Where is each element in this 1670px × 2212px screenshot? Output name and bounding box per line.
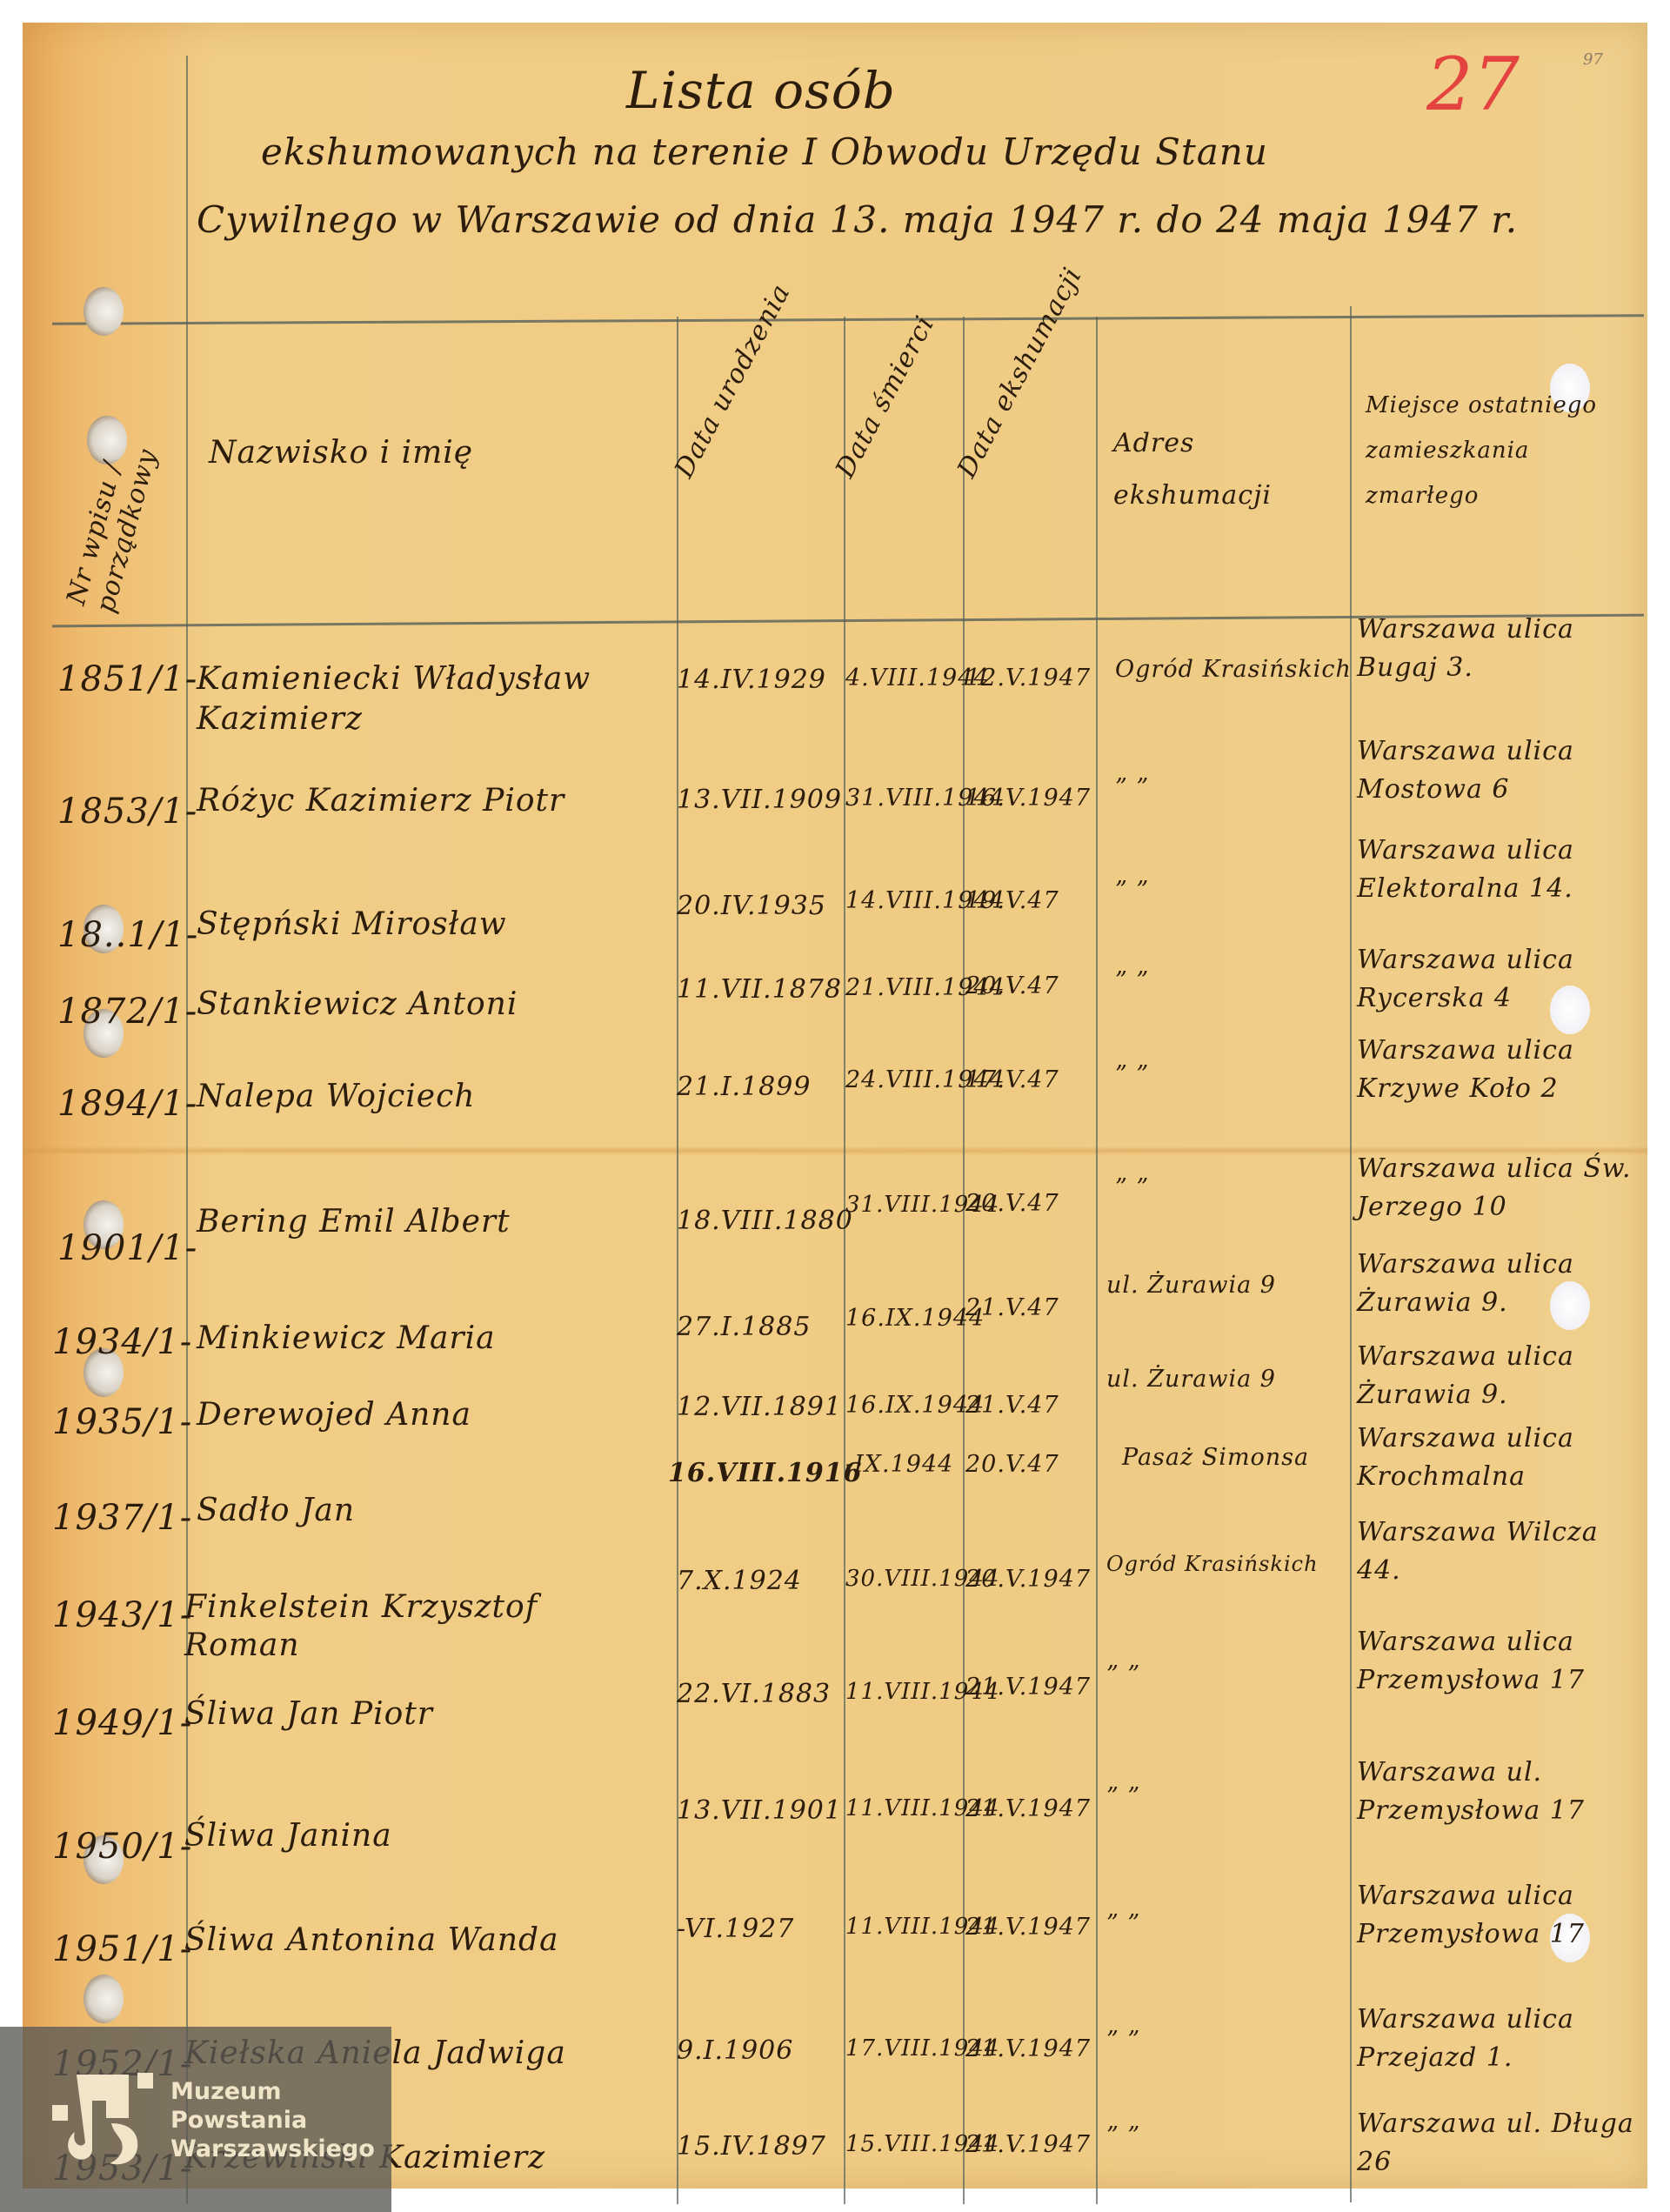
last-residence: Warszawa ulica Żurawia 9. (1357, 1246, 1635, 1322)
page-number-red: 27 (1426, 42, 1520, 127)
record-number: 1872/1- (57, 992, 197, 1032)
last-residence: Warszawa ulica Elektoralna 14. (1357, 832, 1635, 908)
record-number: 1853/1- (57, 792, 197, 832)
exhumation-address: Ogród Krasińskich (1106, 1552, 1319, 1576)
page-number-pencil: 97 (1583, 50, 1603, 69)
museum-watermark: Muzeum Powstania Warszawskiego (0, 2027, 391, 2212)
exhumation-address: ” ” (1106, 2122, 1140, 2149)
kotwica-anchor-icon (52, 2066, 157, 2170)
exhumation-address: ” ” (1106, 1910, 1140, 1937)
person-name: Śliwa Jan Piotr (184, 1696, 433, 1732)
birth-date: 16.VIII.1916 (668, 1458, 863, 1488)
record-number: 1951/1- (52, 1929, 192, 1969)
exhumation-address: ” ” (1106, 1661, 1140, 1688)
header-last-residence: Miejsce ostatniego zamieszkania zmarłego (1366, 383, 1618, 518)
birth-date: 22.VI.1883 (677, 1679, 831, 1709)
last-residence: Warszawa ulica Przemysłowa 17 (1357, 1623, 1635, 1700)
header-name: Nazwisko i imię (209, 435, 473, 471)
record-number: 1901/1- (57, 1228, 197, 1268)
record-number: 1949/1- (52, 1703, 192, 1743)
person-name: Finkelstein Krzysztof Roman (184, 1588, 637, 1665)
person-name: Bering Emil Albert (197, 1200, 649, 1244)
death-date: 16.IX.1944 (845, 1305, 985, 1332)
column-rule-left (186, 56, 188, 2204)
exhumation-date: 21.V.1947 (965, 2035, 1091, 2062)
document-subtitle-line2: Cywilnego w Warszawie od dnia 13. maja 1… (197, 198, 1518, 241)
punch-hole (83, 287, 124, 336)
exhumation-date: 20.V.47 (965, 1190, 1059, 1217)
birth-date: 11.VII.1878 (677, 974, 842, 1005)
birth-date: -VI.1927 (677, 1914, 794, 1944)
exhumation-address: ” ” (1115, 1061, 1149, 1088)
record-number: 1950/1- (52, 1827, 192, 1867)
last-residence: Warszawa ul. Długa 26 (1357, 2105, 1635, 2182)
exhumation-address: ” ” (1115, 774, 1149, 801)
birth-date: 21.I.1899 (677, 1072, 811, 1102)
record-number: 1851/1- (57, 659, 197, 699)
exhumation-date: 19.V.47 (965, 887, 1059, 914)
record-number: 18..1/1- (57, 915, 198, 955)
column-rule-address (1350, 306, 1352, 2202)
document-subtitle-line1: ekshumowanych na terenie I Obwodu Urzędu… (261, 130, 1268, 173)
death-date: 16.IX.1944 (845, 1392, 985, 1419)
museum-name-line2: Powstania (170, 2106, 375, 2135)
exhumation-date: 16.V.1947 (965, 785, 1091, 812)
exhumation-address: ul. Żurawia 9 (1106, 1366, 1276, 1393)
birth-date: 13.VII.1909 (677, 785, 842, 815)
punch-hole (83, 1975, 124, 2023)
person-name: Derewojed Anna (197, 1397, 471, 1433)
record-number: 1943/1- (52, 1595, 192, 1635)
exhumation-date: 20.V.47 (965, 1451, 1059, 1478)
birth-date: 20.IV.1935 (677, 891, 826, 921)
exhumation-date: 21.V.1947 (965, 1914, 1091, 1941)
person-name: Stankiewicz Antoni (197, 986, 518, 1022)
exhumation-date: 21.V.47 (965, 1294, 1059, 1321)
header-exhumation-address: Adres ekshumacji (1113, 418, 1331, 522)
last-residence: Warszawa ulica Krzywe Koło 2 (1357, 1032, 1635, 1108)
person-name: Kamieniecki Władysław Kazimierz (197, 659, 649, 739)
last-residence: Warszawa ulica Św. Jerzego 10 (1357, 1150, 1635, 1226)
last-residence: Warszawa ulica Rycerska 4 (1357, 941, 1635, 1018)
birth-date: 9.I.1906 (677, 2035, 793, 2066)
record-number: 1937/1- (52, 1498, 192, 1538)
exhumation-date: 21.V.1947 (965, 2131, 1091, 2158)
last-residence: Warszawa ulica Krochmalna (1357, 1420, 1635, 1496)
birth-date: 13.VII.1901 (677, 1795, 842, 1826)
last-residence: Warszawa ulica Mostowa 6 (1357, 732, 1635, 809)
exhumation-address: Pasaż Simonsa (1122, 1444, 1309, 1471)
last-residence: Warszawa Wilcza 44. (1357, 1514, 1635, 1590)
last-residence: Warszawa ulica Przemysłowa 17 (1357, 1877, 1635, 1954)
exhumation-date: 20.V.1947 (965, 1566, 1091, 1593)
museum-name: Muzeum Powstania Warszawskiego (170, 2077, 375, 2163)
exhumation-date: 17.V.47 (965, 1066, 1059, 1093)
museum-name-line1: Muzeum (170, 2077, 375, 2106)
exhumation-address: Ogród Krasińskich (1115, 656, 1352, 683)
birth-date: 14.IV.1929 (677, 665, 826, 695)
last-residence: Warszawa ulica Bugaj 3. (1357, 611, 1635, 687)
document-title: Lista osób (626, 61, 896, 120)
birth-date: 12.VII.1891 (677, 1392, 842, 1422)
person-name: Sadło Jan (197, 1493, 355, 1528)
person-name: Nalepa Wojciech (197, 1079, 475, 1114)
exhumation-date: 12.V.1947 (965, 665, 1091, 692)
death-date: -IX.1944 (845, 1451, 953, 1478)
person-name: Stępński Mirosław (197, 906, 507, 942)
exhumation-address: ” ” (1115, 967, 1149, 994)
exhumation-address: ” ” (1106, 2027, 1140, 2054)
person-name: Minkiewicz Maria (197, 1320, 496, 1356)
person-name: Śliwa Antonina Wanda (184, 1922, 559, 1958)
exhumation-address: ” ” (1115, 877, 1149, 904)
museum-name-line3: Warszawskiego (170, 2135, 375, 2163)
record-number: 1935/1- (52, 1402, 192, 1442)
exhumation-date: 21.V.1947 (965, 1795, 1091, 1822)
last-residence: Warszawa ulica Żurawia 9. (1357, 1338, 1635, 1414)
person-name: Śliwa Janina (184, 1818, 392, 1854)
exhumation-date: 21.V.47 (965, 1392, 1059, 1419)
exhumation-address: ul. Żurawia 9 (1106, 1272, 1276, 1299)
exhumation-date: 21.V.1947 (965, 1674, 1091, 1701)
last-residence: Warszawa ulica Przejazd 1. (1357, 2001, 1635, 2077)
last-residence: Warszawa ul. Przemysłowa 17 (1357, 1754, 1635, 1830)
exhumation-address: ” ” (1106, 1783, 1140, 1810)
exhumation-address: ” ” (1115, 1174, 1149, 1201)
birth-date: 27.I.1885 (677, 1312, 811, 1342)
exhumation-date: 20.V.47 (965, 972, 1059, 999)
column-rule-exhumation (1096, 317, 1098, 2204)
birth-date: 18.VIII.1880 (677, 1206, 853, 1236)
birth-date: 15.IV.1897 (677, 2131, 826, 2162)
record-number: 1894/1- (57, 1084, 197, 1124)
birth-date: 7.X.1924 (677, 1566, 802, 1596)
record-number: 1934/1- (52, 1322, 192, 1362)
person-name: Różyc Kazimierz Piotr (197, 783, 564, 819)
